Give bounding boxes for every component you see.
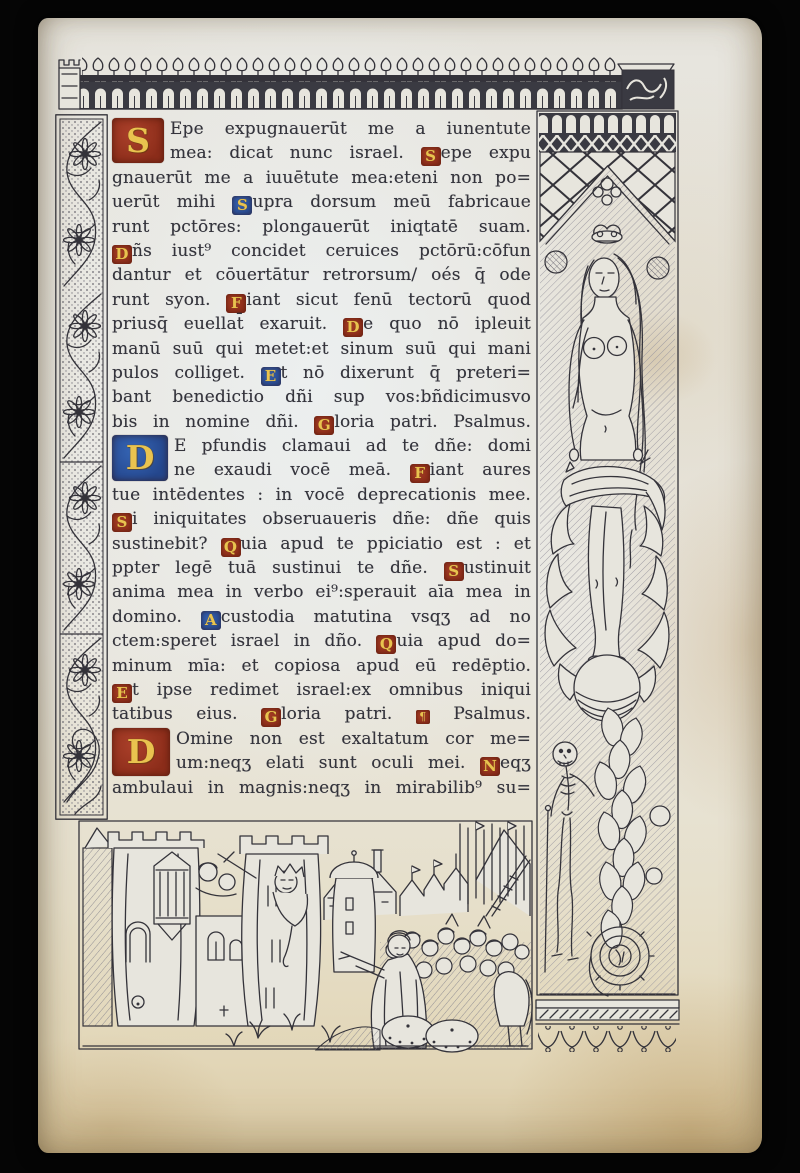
text-line: ambulaui in magnis:neqʒ in mirabilib⁹ su… [112, 776, 531, 800]
inline-initial: D [343, 318, 363, 337]
text-line: Epe expugnauerūt me a iunentute [112, 117, 531, 141]
inline-initial: S [112, 513, 132, 532]
scallop-arcade [539, 113, 676, 135]
text-line: ppter legē tuā sustinui te dñe. Sustinui… [112, 556, 531, 580]
text-line: ctem:speret israel in dño. Quia apud do= [112, 629, 531, 653]
right-end-block [618, 64, 674, 109]
left-end-block [59, 60, 80, 109]
text-line: bis in nomine dñi. Gloria patri. Psalmus… [112, 410, 531, 434]
moon-orb-left [545, 251, 567, 273]
text-block: Epe expugnauerūt me a iunentutemea: dica… [112, 117, 531, 801]
text-line: pulos colliget. Et nō dixerunt q̄ preter… [112, 361, 531, 385]
inline-initial: Q [221, 538, 241, 557]
text-line: ne exaudi vocē meā. Fiant aures [112, 458, 531, 482]
inline-initial: G [261, 708, 281, 727]
text-line: um:neqʒ elati sunt oculi mei. Neqʒ [112, 751, 531, 775]
pilcrow-mark: ¶ [416, 710, 430, 724]
porthole [132, 996, 144, 1008]
text-line: tue intēdentes : in vocē deprecationis m… [112, 483, 531, 507]
dome-turret [330, 851, 378, 972]
text-line: priusq̄ euellat̄ exaruit. De quo nō iple… [112, 312, 531, 336]
text-line: anima mea in verbo ei⁹:sperauit aīa mea … [112, 580, 531, 604]
inline-initial: G [314, 416, 334, 435]
drop-cap-initial: D [112, 435, 168, 481]
left-wall [83, 828, 112, 1026]
text-line: runt syon. Fiant sicut fenū tectorū quod [112, 288, 531, 312]
left-border-woodcut [55, 114, 108, 820]
text-line: uerūt mihi Supra dorsum meū fabricaue [112, 190, 531, 214]
text-line: Omine non est exaltatum cor me= [112, 727, 531, 751]
moon-orb-right [647, 257, 669, 279]
inline-initial: F [226, 294, 246, 313]
cornice [536, 1000, 679, 1024]
inline-initial: D [112, 245, 132, 264]
inline-initial: E [261, 367, 281, 386]
text-line: mea: dicat nunc israel. Sepe expu [112, 141, 531, 165]
text-line: minum mīa: et copiosa apud eū redēptio. [112, 654, 531, 678]
inline-initial: S [421, 147, 441, 166]
text-line: E pfundis clamaui ad te dñe: domi [112, 434, 531, 458]
text-line: domino. Acustodia matutina vsqʒ ad no [112, 605, 531, 629]
page-background: { "document": { "kind": "Book of Hours l… [0, 0, 800, 1173]
orb-small-1 [650, 806, 670, 826]
text-line: sustinebit? Quia apud te ppiciatio est :… [112, 532, 531, 556]
drop-cap-initial: D [112, 728, 170, 776]
text-line: dantur et cōuertātur retrorsum/ oés q̄ o… [112, 263, 531, 287]
inline-initial: A [201, 611, 221, 630]
text-line: Dñs iust⁹ concidet ceruices pctōrū:cōfun [112, 239, 531, 263]
lattice-band [539, 135, 676, 152]
top-border-woodcut [58, 56, 676, 114]
inline-initial: F [410, 464, 430, 483]
right-skyline [400, 830, 530, 916]
parchment-leaf: Epe expugnauerūt me a iunentutemea: dica… [38, 18, 762, 1153]
text-line: bant benedictio dñi sup vos:bñdicimusvo [112, 385, 531, 409]
inline-initial: S [444, 562, 464, 581]
inline-initial: S [232, 196, 252, 215]
round-tower-center [240, 836, 328, 1026]
text-line: runt pctōres: plongauerūt iniqtatē suam. [112, 215, 531, 239]
torso [579, 297, 636, 460]
text-line: Et ipse redimet israel:ex omnibus iniqui [112, 678, 531, 702]
inline-initial: E [112, 684, 132, 703]
city-woodcut [78, 820, 533, 1058]
orb-small-2 [646, 868, 662, 884]
inline-initial: N [480, 757, 500, 776]
drop-cap-initial: S [112, 118, 164, 163]
right-border-woodcut [536, 110, 679, 1057]
round-tower-left [108, 832, 204, 1026]
text-line: tatibus eius. Gloria patri. ¶ Psalmus. [112, 702, 531, 726]
text-line: gnauerūt me a iuuētute mea:eteni non po= [112, 166, 531, 190]
text-line: Si iniquitates obseruaueris dñe: dñe qui… [112, 507, 531, 531]
inline-initial: Q [376, 635, 396, 654]
text-line: manū suū qui metet:et sinum suū qui mani [112, 337, 531, 361]
gothic-fringe [538, 1026, 676, 1052]
